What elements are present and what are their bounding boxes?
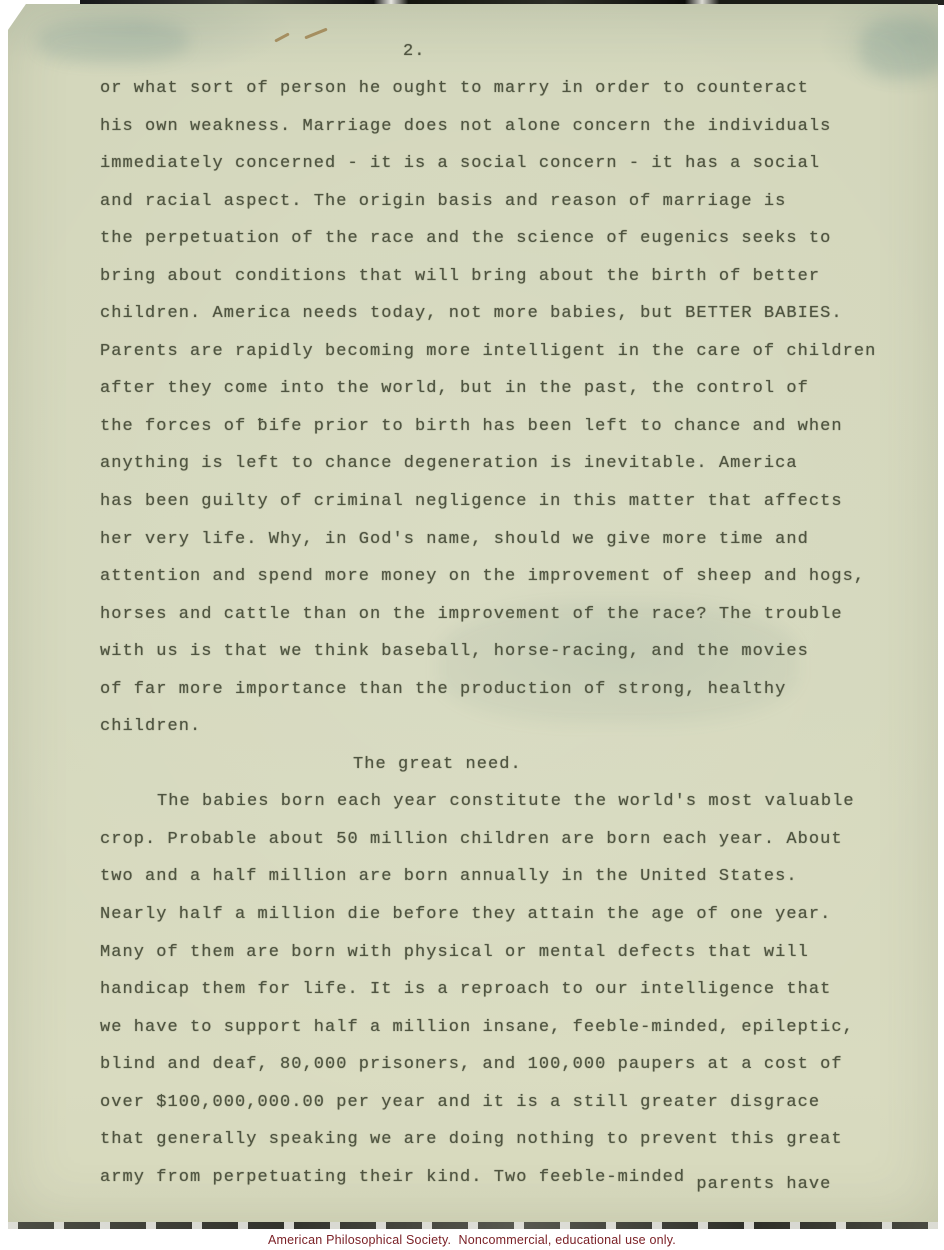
typed-line-text: attention and spend more money on the im… bbox=[100, 567, 865, 586]
footer-band: American Philosophical Society. Noncomme… bbox=[0, 1229, 944, 1250]
typed-line: crop. Probable about 50 million children… bbox=[100, 821, 890, 859]
typed-line: we have to support half a million insane… bbox=[100, 1009, 890, 1047]
typed-line: The babies born each year constitute the… bbox=[100, 783, 890, 821]
typed-line: the forces of ƀife prior to birth has be… bbox=[100, 408, 890, 446]
typed-line-text: bring about conditions that will bring a… bbox=[100, 267, 820, 286]
typed-line-text: her very life. Why, in God's name, shoul… bbox=[100, 530, 809, 549]
typed-line: children. bbox=[100, 708, 890, 746]
typed-line: attention and spend more money on the im… bbox=[100, 558, 890, 596]
typed-line: horses and cattle than on the improvemen… bbox=[100, 596, 890, 634]
pen-mark bbox=[274, 32, 290, 42]
typed-line-text: the forces of ƀife prior to birth has be… bbox=[100, 417, 843, 436]
typed-line-text: his own weakness. Marriage does not alon… bbox=[100, 117, 831, 136]
typed-line-text: of far more importance than the producti… bbox=[100, 680, 786, 699]
typed-line-text: crop. Probable about 50 million children… bbox=[100, 830, 843, 849]
typed-line: after they come into the world, but in t… bbox=[100, 370, 890, 408]
footer-attribution: American Philosophical Society. Noncomme… bbox=[268, 1233, 676, 1247]
typed-line: army from perpetuating their kind. Two f… bbox=[100, 1159, 890, 1197]
typed-line: Nearly half a million die before they at… bbox=[100, 896, 890, 934]
typed-line: and racial aspect. The origin basis and … bbox=[100, 183, 890, 221]
typed-line: two and a half million are born annually… bbox=[100, 858, 890, 896]
section-heading: The great need. bbox=[100, 746, 890, 784]
typed-line: Parents are rapidly becoming more intell… bbox=[100, 333, 890, 371]
typed-line-text: Nearly half a million die before they at… bbox=[100, 905, 831, 924]
typed-line-tail: parents have bbox=[696, 1175, 831, 1194]
typed-line-text: or what sort of person he ought to marry… bbox=[100, 79, 809, 98]
typed-line: has been guilty of criminal negligence i… bbox=[100, 483, 890, 521]
typed-line: Many of them are born with physical or m… bbox=[100, 934, 890, 972]
typed-line-text: handicap them for life. It is a reproach… bbox=[100, 980, 831, 999]
typed-line-text: The babies born each year constitute the… bbox=[157, 792, 855, 811]
typed-line-text: anything is left to chance degeneration … bbox=[100, 454, 798, 473]
bleed-through-stain bbox=[38, 20, 188, 62]
typed-line-text: two and a half million are born annually… bbox=[100, 867, 798, 886]
scan-edge-bottom bbox=[8, 1222, 938, 1229]
typed-line-text: with us is that we think baseball, horse… bbox=[100, 642, 809, 661]
typed-line: her very life. Why, in God's name, shoul… bbox=[100, 521, 890, 559]
typed-line-text: over $100,000,000.00 per year and it is … bbox=[100, 1093, 820, 1112]
typed-line: anything is left to chance degeneration … bbox=[100, 445, 890, 483]
typed-line: or what sort of person he ought to marry… bbox=[100, 70, 890, 108]
typed-line-text: we have to support half a million insane… bbox=[100, 1018, 854, 1037]
typed-line: with us is that we think baseball, horse… bbox=[100, 633, 890, 671]
typed-line-text: children. bbox=[100, 717, 201, 736]
typed-line: immediately concerned - it is a social c… bbox=[100, 145, 890, 183]
typed-line: bring about conditions that will bring a… bbox=[100, 258, 890, 296]
typed-line-text: Many of them are born with physical or m… bbox=[100, 943, 809, 962]
typed-line: children. America needs today, not more … bbox=[100, 295, 890, 333]
typed-line: over $100,000,000.00 per year and it is … bbox=[100, 1084, 890, 1122]
bleed-through-stain bbox=[860, 18, 944, 78]
typed-line-text: that generally speaking we are doing not… bbox=[100, 1130, 843, 1149]
typed-line: that generally speaking we are doing not… bbox=[100, 1121, 890, 1159]
typed-line: blind and deaf, 80,000 prisoners, and 10… bbox=[100, 1046, 890, 1084]
page-number: 2. bbox=[403, 42, 425, 61]
typed-line: the perpetuation of the race and the sci… bbox=[100, 220, 890, 258]
typed-line: his own weakness. Marriage does not alon… bbox=[100, 108, 890, 146]
typed-line-text: has been guilty of criminal negligence i… bbox=[100, 492, 843, 511]
typed-line-text: the perpetuation of the race and the sci… bbox=[100, 229, 831, 248]
typed-line-text: after they come into the world, but in t… bbox=[100, 379, 809, 398]
typed-line-text: children. America needs today, not more … bbox=[100, 304, 843, 323]
typed-line-text: army from perpetuating their kind. Two f… bbox=[100, 1168, 696, 1187]
typed-line-text: and racial aspect. The origin basis and … bbox=[100, 192, 786, 211]
typed-line: of far more importance than the producti… bbox=[100, 671, 890, 709]
typed-line-text: The great need. bbox=[353, 755, 522, 774]
typed-line-text: horses and cattle than on the improvemen… bbox=[100, 605, 843, 624]
typed-line-text: immediately concerned - it is a social c… bbox=[100, 154, 820, 173]
pen-mark bbox=[304, 28, 327, 40]
typed-line-text: Parents are rapidly becoming more intell… bbox=[100, 342, 876, 361]
typed-line: handicap them for life. It is a reproach… bbox=[100, 971, 890, 1009]
typed-line-text: blind and deaf, 80,000 prisoners, and 10… bbox=[100, 1055, 843, 1074]
typed-body: or what sort of person he ought to marry… bbox=[100, 70, 890, 1196]
